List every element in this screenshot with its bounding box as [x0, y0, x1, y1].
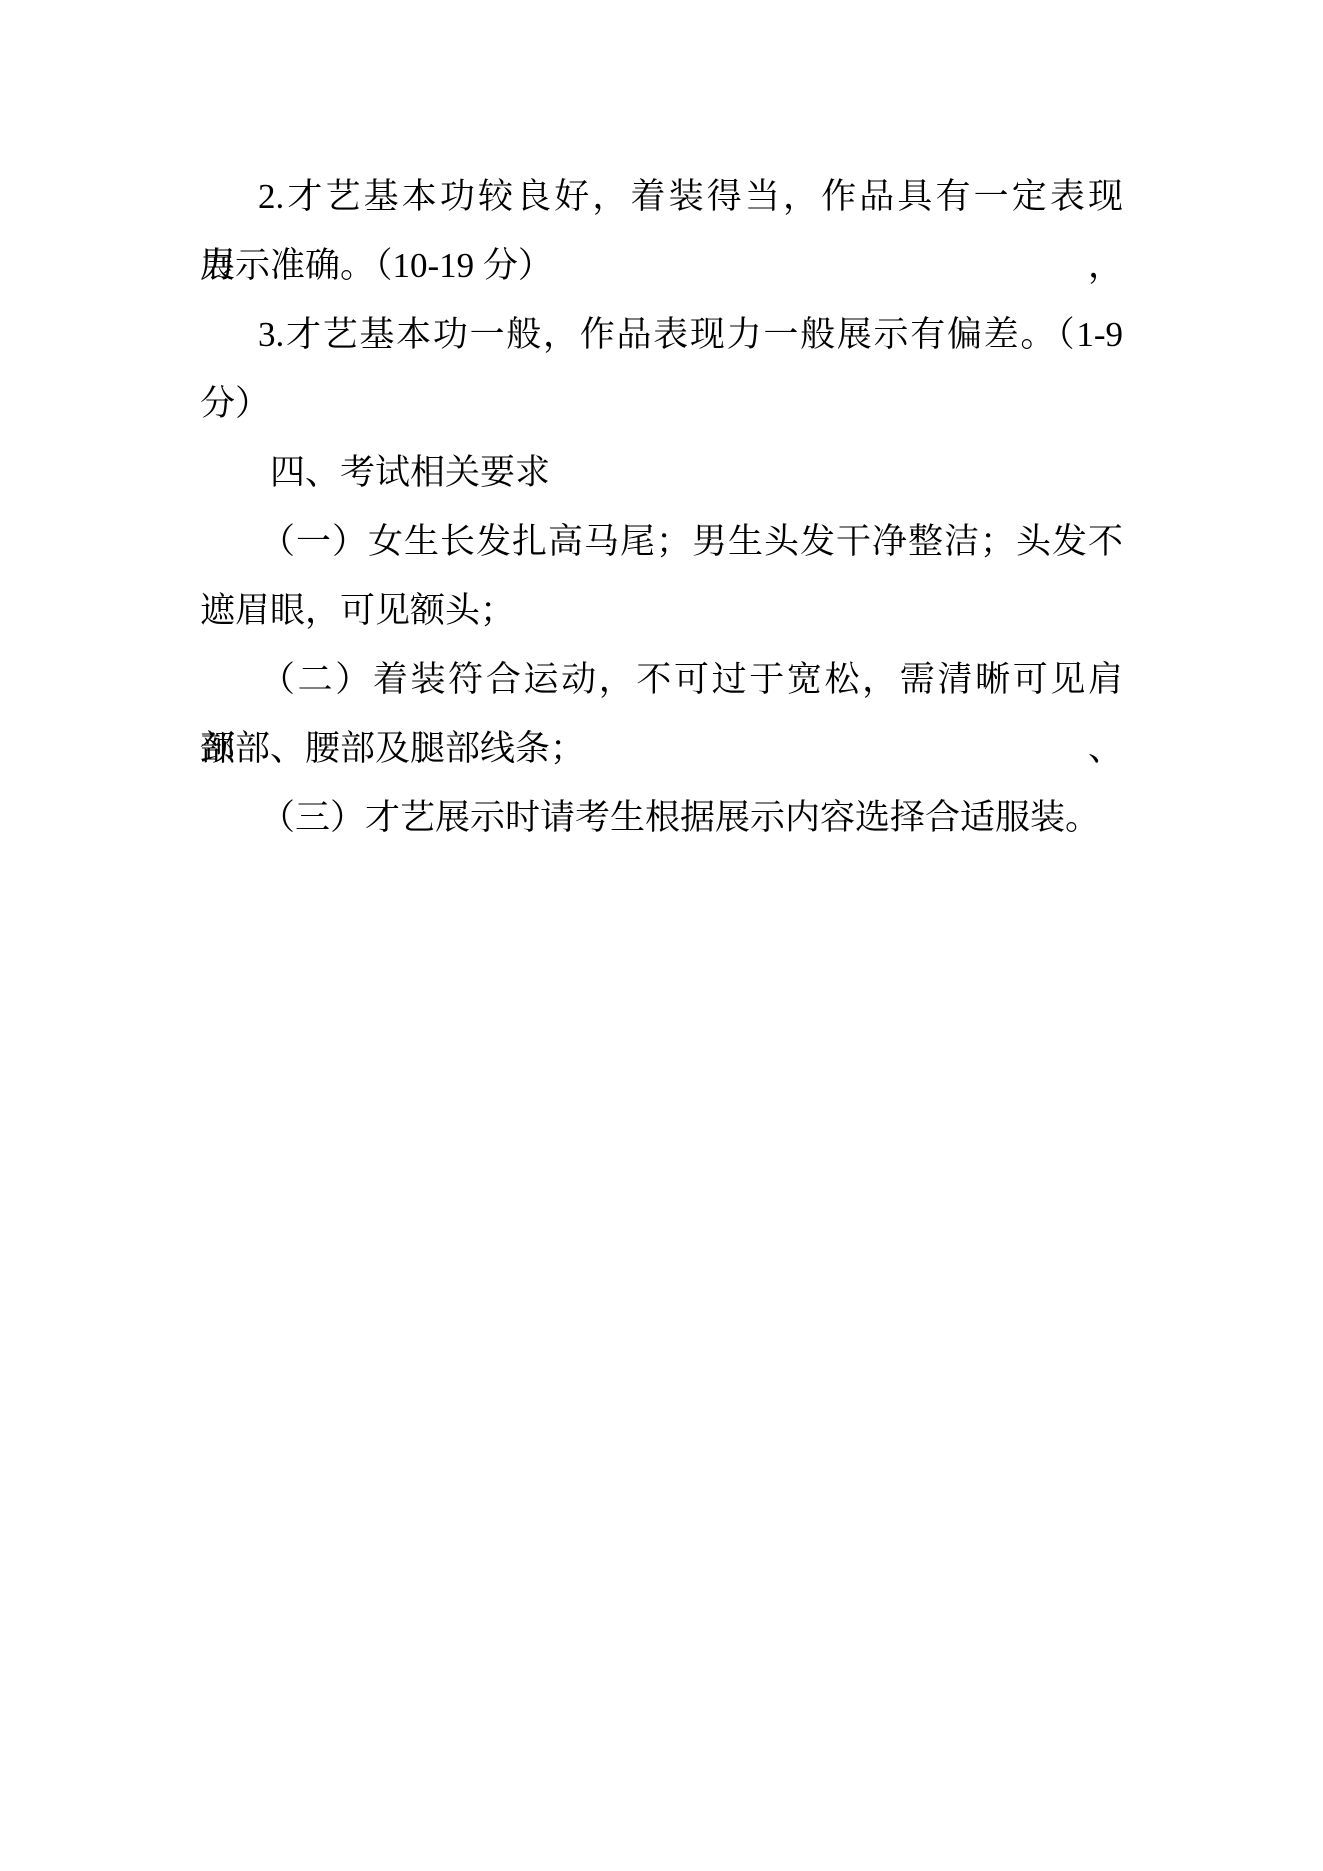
criteria-3-line2: 分）: [200, 369, 1123, 438]
criteria-3-line1: 3.才艺基本功一般，作品表现力一般展示有偏差。（1-9: [200, 300, 1123, 369]
document-page: 2.才艺基本功较良好，着装得当，作品具有一定表现力， 展示准确。（10-19 分…: [0, 0, 1323, 1871]
requirement-1-line2: 遮眉眼，可见额头；: [200, 576, 1123, 645]
requirement-2-line1: （二）着装符合运动，不可过于宽松，需清晰可见肩部、: [200, 645, 1123, 714]
criteria-2-line1: 2.才艺基本功较良好，着装得当，作品具有一定表现力，: [200, 162, 1123, 231]
text-block: 2.才艺基本功较良好，着装得当，作品具有一定表现力， 展示准确。（10-19 分…: [200, 162, 1123, 852]
requirement-1-line1: （一）女生长发扎高马尾；男生头发干净整洁；头发不: [200, 507, 1123, 576]
requirement-3-line1: （三）才艺展示时请考生根据展示内容选择合适服装。: [200, 783, 1123, 852]
section-heading-exam-requirements: 四、考试相关要求: [200, 438, 1123, 507]
